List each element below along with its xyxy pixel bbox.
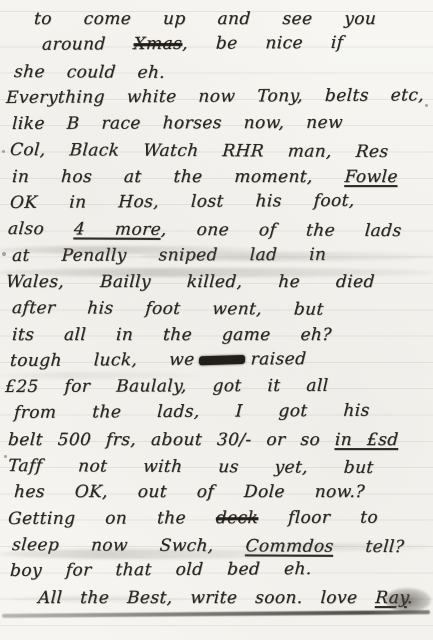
- handwritten-line: after his foot went, but: [0, 295, 433, 324]
- handwritten-line: like B race horses now, new: [0, 110, 433, 138]
- handwritten-line: Col, Black Watch RHR man, Res: [0, 137, 433, 166]
- handwritten-line: its all in the game eh?: [0, 322, 433, 348]
- handwriting-text: tell?: [333, 537, 405, 557]
- handwriting-text: Wales, Bailly killed, he died: [5, 272, 375, 292]
- handwriting-text: boy for that old bed eh.: [10, 559, 313, 581]
- handwriting-text: hes OK, out of Dole now.?: [13, 482, 365, 502]
- handwritten-line: at Penally sniped lad in: [0, 241, 433, 269]
- handwritten-line: Getting on the deck floor to: [0, 504, 433, 532]
- handwriting-text: at Penally sniped lad in: [12, 245, 327, 266]
- handwriting-text: All the Best, write soon. love: [37, 588, 375, 608]
- handwriting-text: after his foot went, but: [11, 298, 324, 320]
- handwriting-text: in hos at the moment,: [11, 167, 345, 187]
- struck-text: Xmas: [133, 34, 183, 54]
- handwritten-line: hes OK, out of Dole now.?: [0, 479, 433, 505]
- handwriting-text: floor to: [258, 507, 378, 527]
- handwritten-line: £25 for Baulaly, got it all: [0, 373, 433, 401]
- handwriting-text: she could eh.: [13, 62, 166, 83]
- handwriting-text: its all in the game eh?: [11, 325, 332, 345]
- scribbled-out-word: [199, 355, 245, 365]
- underlined-text: in £sd: [334, 430, 399, 450]
- handwritten-line: from the lads, I got his: [0, 398, 433, 427]
- handwriting-text: Everything white now Tony, belts etc,: [6, 85, 425, 108]
- handwritten-line: to come up and see you: [0, 6, 433, 32]
- handwriting-text: Taff not with us yet, but: [7, 456, 374, 478]
- handwriting-text: around: [42, 34, 134, 55]
- underlined-text: Ray: [375, 588, 408, 608]
- underlined-text: 4 more: [73, 220, 162, 240]
- letter-page: to come up and see youaround Xmas, be ni…: [0, 0, 433, 640]
- handwritten-line: Taff not with us yet, but: [0, 453, 433, 482]
- handwriting-text: Getting on the: [8, 508, 216, 529]
- handwriting-text: sleep now Swch,: [11, 535, 246, 556]
- handwritten-line: around Xmas, be nice if: [0, 30, 433, 59]
- handwriting-text: .: [407, 588, 414, 608]
- handwriting-text: , be nice if: [182, 33, 344, 54]
- handwritten-line: All the Best, write soon. love Ray.: [0, 585, 433, 611]
- handwriting-text: also: [7, 219, 74, 239]
- handwriting-text: Col, Black Watch RHR man, Res: [9, 141, 389, 163]
- underlined-text: Fowle: [344, 167, 398, 187]
- handwriting-text: raised: [250, 349, 307, 369]
- handwritten-line: Everything white now Tony, belts etc,: [0, 82, 433, 111]
- struck-text: deck: [216, 508, 259, 528]
- handwriting-text: OK in Hos, lost his foot,: [10, 191, 356, 213]
- handwritten-line: OK in Hos, lost his foot,: [0, 187, 433, 216]
- letter-body: to come up and see youaround Xmas, be ni…: [0, 6, 433, 611]
- handwritten-line: belt 500 frs, about 30/- or so in £sd: [0, 427, 433, 453]
- handwritten-line: tough luck, weraised: [0, 345, 433, 374]
- handwriting-text: from the lads, I got his: [14, 401, 371, 423]
- handwritten-line: boy for that old bed eh.: [0, 556, 433, 585]
- handwriting-text: to come up and see you: [33, 9, 376, 29]
- handwriting-text: belt 500 frs, about 30/- or so: [7, 430, 335, 450]
- handwriting-text: tough luck, we: [10, 350, 195, 371]
- handwriting-text: , one of the lads: [160, 220, 402, 241]
- handwritten-line: also 4 more, one of the lads: [0, 216, 433, 245]
- handwriting-text: £25 for Baulaly, got it all: [5, 376, 329, 397]
- handwritten-line: Wales, Bailly killed, he died: [0, 269, 433, 295]
- underlined-text: Commdos: [245, 536, 335, 556]
- handwritten-line: in hos at the moment, Fowle: [0, 164, 433, 190]
- handwriting-text: like B race horses now, new: [12, 113, 344, 134]
